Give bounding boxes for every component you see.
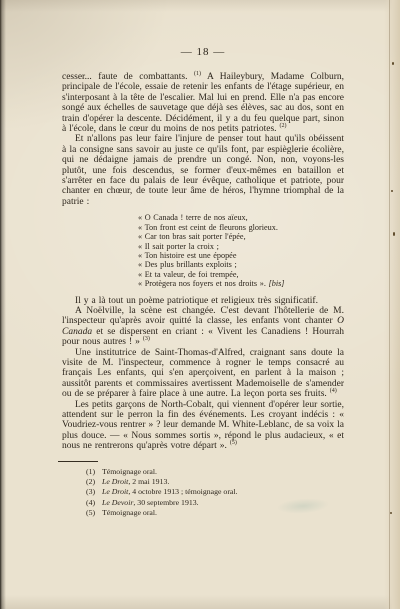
footnote-number: (4) [86,498,102,508]
body-text: cesser... faute de combattants. (1) A Ha… [62,72,344,452]
text-segment: « Protègera nos foyers et nos droits ». [138,279,269,288]
text-segment: « Ton histoire est une épopée [138,251,236,260]
text-segment: , 4 octobre 1913 ; témoignage oral. [128,487,237,496]
page-content: — 18 — cesser... faute de combattants. (… [0,0,400,519]
verse-line: « O Canada ! terre de nos aïeux, [138,213,344,222]
text-segment: cesser... faute de combattants. [62,72,194,82]
verse-line: « Ton front est ceint de fleurons glorie… [138,223,344,232]
text-segment: A Haileybury, Madame Colburn, principale… [62,72,344,134]
text-segment: Il y a là tout un poème patriotique et r… [75,296,318,306]
paragraph: cesser... faute de combattants. (1) A Ha… [62,72,344,134]
footnote-marker: (1) [194,71,201,77]
verse-line: « Et ta valeur, de foi trempée, [138,270,344,279]
footnote-number: (1) [86,467,102,477]
footnote-marker: (2) [280,123,287,129]
text-segment: Témoignage oral. [102,467,157,476]
text-segment: « Car ton bras sait porter l'épée, [138,232,246,241]
footnote-item: (1)Témoignage oral. [86,467,344,477]
text-segment: , 2 mai 1913. [128,477,169,486]
text-segment: Et n'allons pas leur faire l'injure de p… [62,134,344,206]
text-segment: A Noëlville, la scène est changée. C'est… [62,306,344,326]
footnote-item: (2)Le Droit, 2 mai 1913. [86,477,344,487]
verse-line: « Des plus brillants exploits ; [138,260,344,269]
text-segment: « O Canada ! terre de nos aïeux, [138,213,248,222]
verse-line: « Ton histoire est une épopée [138,251,344,260]
footnote-item: (4)Le Devoir, 30 septembre 1913. [86,498,344,508]
footnote-item: (5)Témoignage oral. [86,508,344,518]
text-segment: Les petits garçons de North-Cobalt, qui … [62,400,344,452]
paragraph: A Noëlville, la scène est changée. C'est… [62,306,344,348]
text-segment: Une institutrice de Saint-Thomas-d'Alfre… [62,348,344,400]
paragraph: Une institutrice de Saint-Thomas-d'Alfre… [62,348,344,400]
footnote-marker: (3) [143,336,150,342]
text-segment: et se dispersent en criant : « Vivent le… [62,327,344,347]
book-page: — 18 — cesser... faute de combattants. (… [0,0,400,609]
text-segment: , 30 septembre 1913. [133,498,198,507]
paragraph: Il y a là tout un poème patriotique et r… [62,296,344,306]
text-segment: Le Droit [102,487,128,496]
verse-line: « Il sait porter la croix ; [138,242,344,251]
footnotes: (1)Témoignage oral.(2)Le Droit, 2 mai 19… [86,467,344,519]
footnote-separator [58,461,98,462]
verse-line: « Protègera nos foyers et nos droits ». … [138,279,344,288]
footnote-marker: (5) [230,440,237,446]
verse-block: « O Canada ! terre de nos aïeux,« Ton fr… [138,213,344,288]
text-segment: « Ton front est ceint de fleurons glorie… [138,223,278,232]
text-segment: Témoignage oral. [102,508,157,517]
paragraph: Et n'allons pas leur faire l'injure de p… [62,134,344,207]
text-segment: « Il sait porter la croix ; [138,242,219,251]
verse-line: « Car ton bras sait porter l'épée, [138,232,344,241]
text-segment: Le Devoir [102,498,133,507]
footnote-marker: (4) [330,388,337,394]
footnote-number: (5) [86,508,102,518]
text-segment: « Des plus brillants exploits ; [138,260,237,269]
text-segment: Le Droit [102,477,128,486]
footnote-number: (2) [86,477,102,487]
page-number: — 18 — [62,46,344,58]
footnote-number: (3) [86,487,102,497]
footnote-item: (3)Le Droit, 4 octobre 1913 ; témoignage… [86,487,344,497]
text-segment: [bis] [269,279,285,288]
paragraph: Les petits garçons de North-Cobalt, qui … [62,400,344,452]
text-segment: « Et ta valeur, de foi trempée, [138,270,239,279]
